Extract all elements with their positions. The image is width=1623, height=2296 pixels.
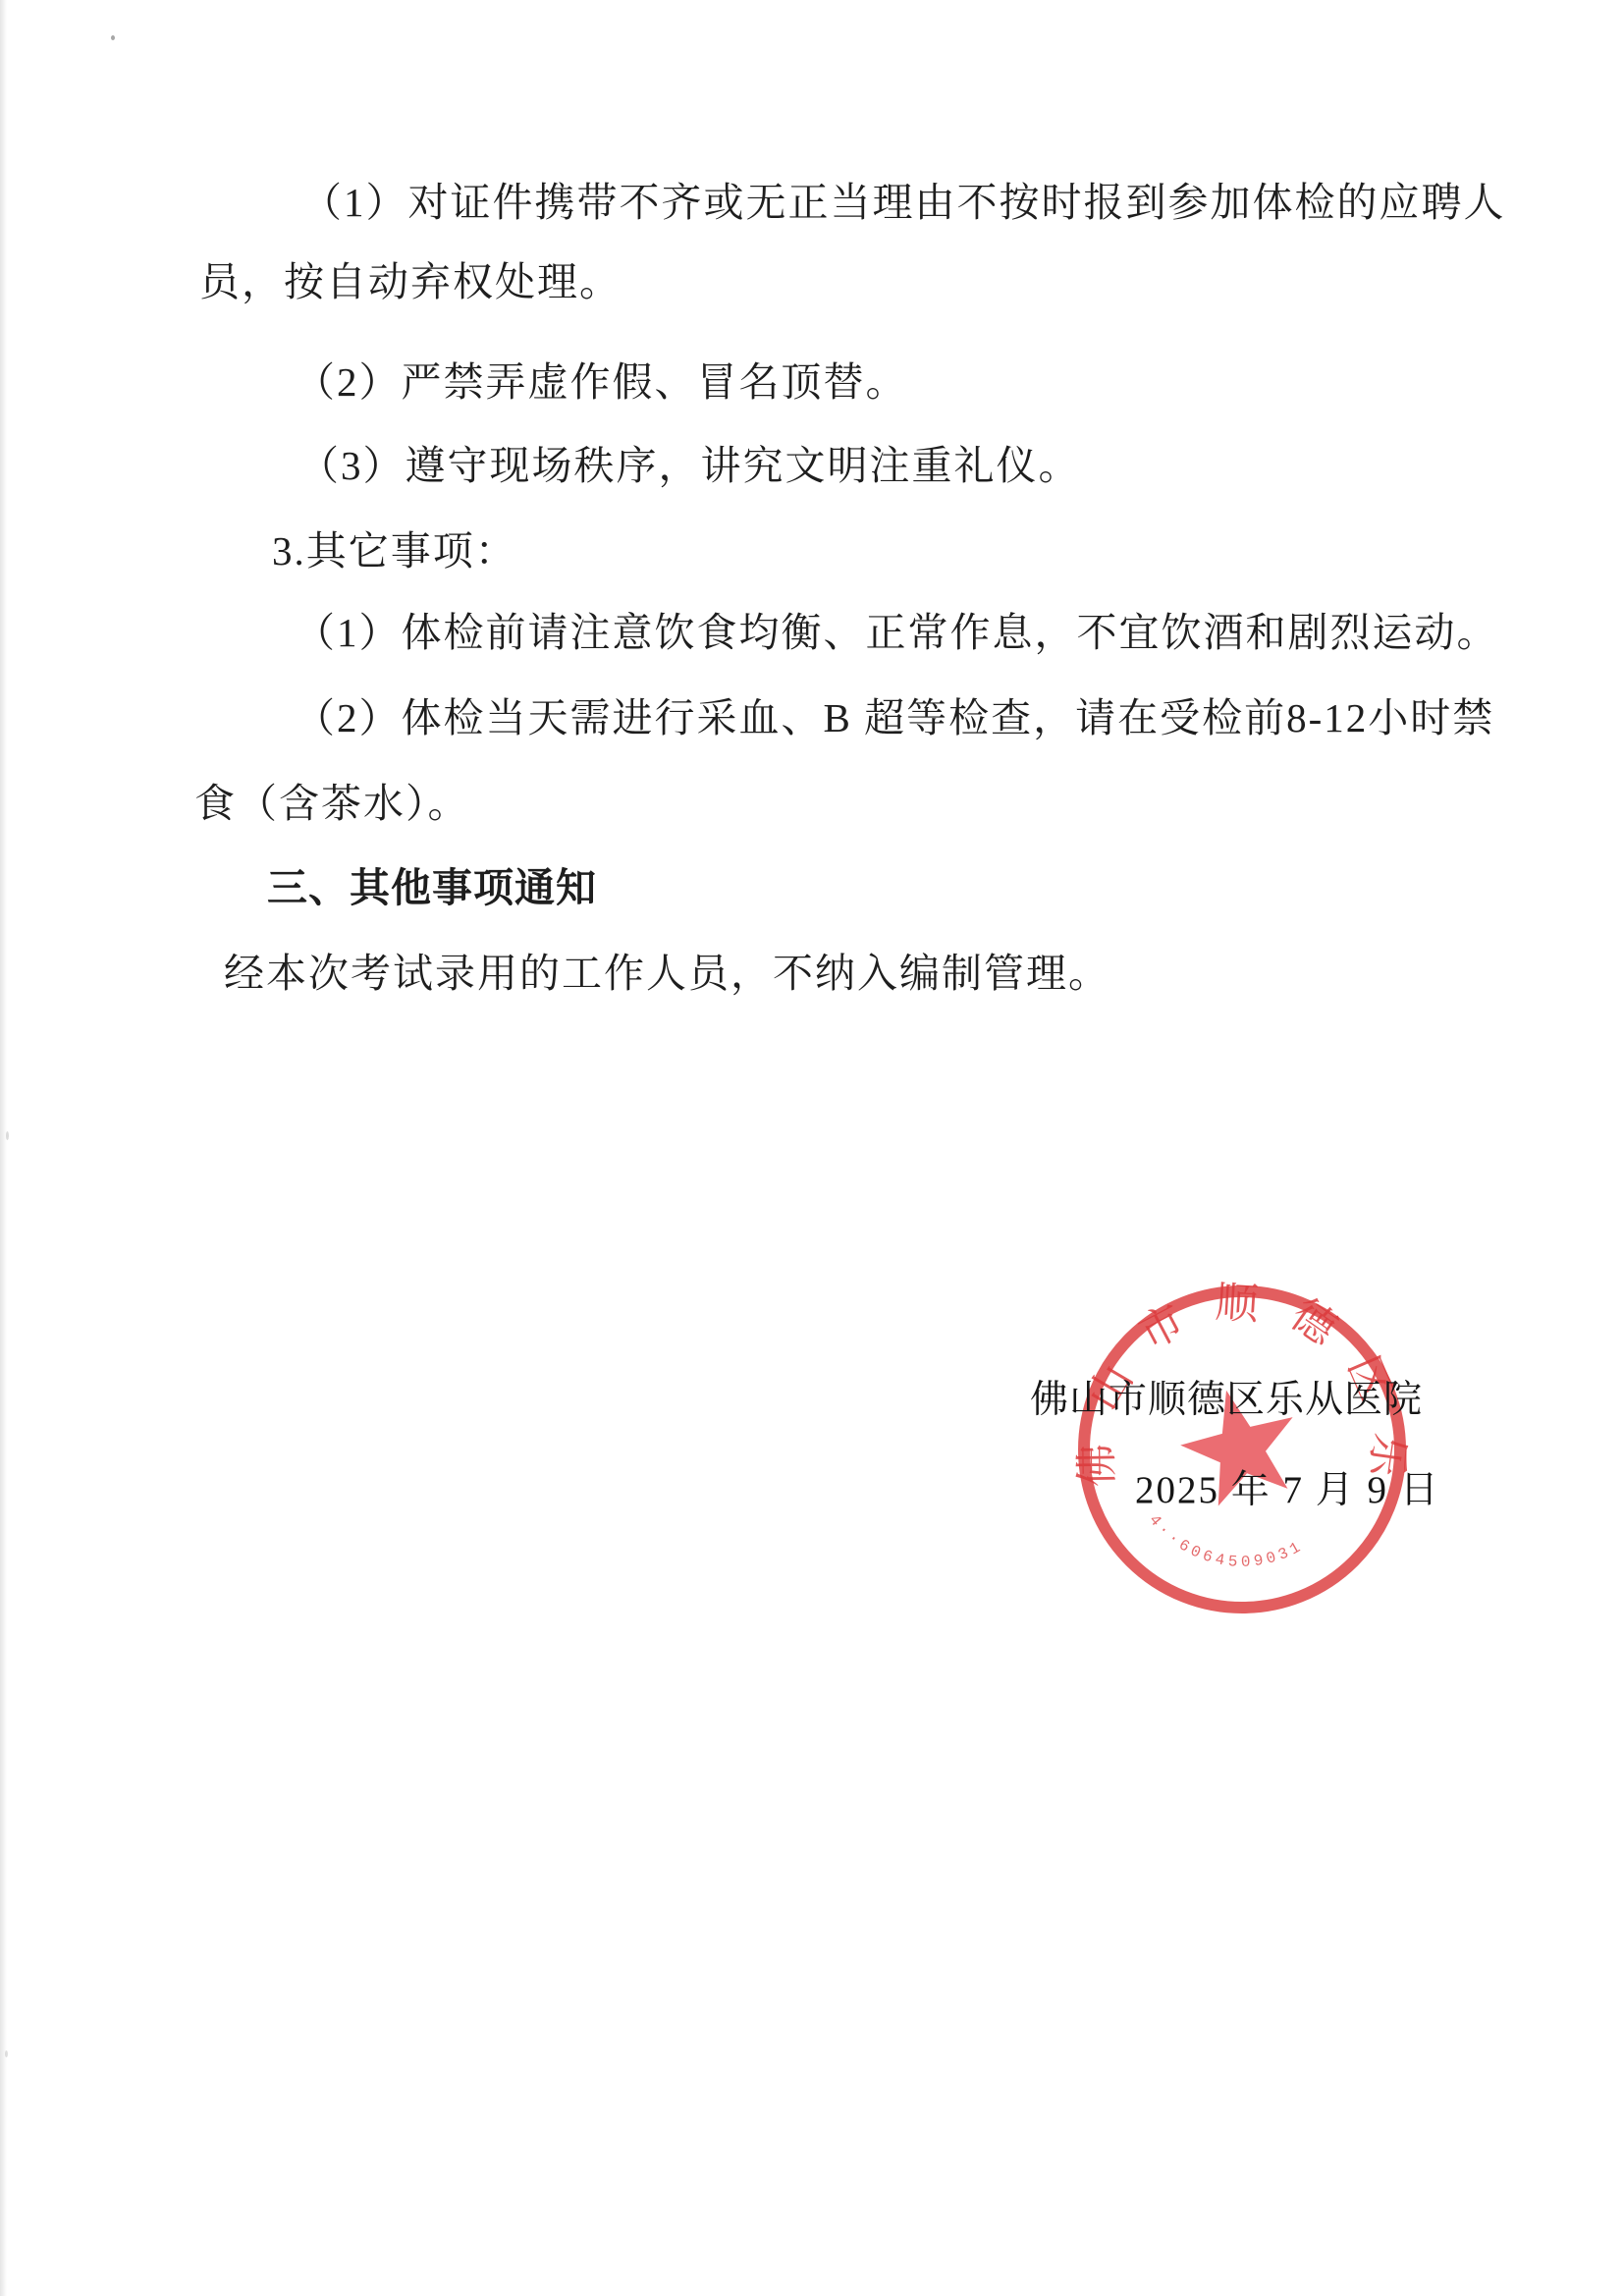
seal-code: 4··6064509031: [1145, 1511, 1307, 1571]
heading-section-3: 三、其他事项通知: [267, 868, 597, 908]
seal-code-wrap: 4··6064509031: [1145, 1511, 1307, 1571]
signature-organization: 佛山市顺德区乐从医院: [1030, 1381, 1423, 1419]
scan-speck: [111, 35, 115, 40]
signature-date: 2025 年 7 月 9 日: [1135, 1471, 1440, 1509]
paragraph-3: （3）遵守现场秩序，讲究文明注重礼仪。: [298, 446, 1081, 486]
paragraph-1-line-1: （1）对证件携带不齐或无正当理由不按时报到参加体检的应聘人: [301, 183, 1506, 223]
paragraph-1-line-2: 员，按自动弃权处理。: [199, 262, 622, 302]
item-2-line-1: （2）体检当天需进行采血、B 超等检查，请在受检前8-12小时禁: [295, 698, 1494, 738]
paragraph-2: （2）严禁弄虚作假、冒名顶替。: [295, 362, 908, 403]
scan-speck: [5, 2050, 8, 2057]
closing-paragraph: 经本次考试录用的工作人员，不纳入编制管理。: [224, 954, 1110, 994]
item-1: （1）体检前请注意饮食均衡、正常作息，不宜饮酒和剧烈运动。: [295, 613, 1499, 653]
scan-edge-artifact: [0, 0, 7, 2296]
section-3-label: 3.其它事项：: [272, 531, 517, 572]
scanned-notice-page: （1）对证件携带不齐或无正当理由不按时报到参加体检的应聘人 员，按自动弃权处理。…: [0, 0, 1623, 2296]
scan-speck: [6, 1131, 9, 1140]
seal-graphic: 佛山市顺德区乐从医院 4··6064509031: [1074, 1281, 1410, 1616]
item-2-line-2: 食（含茶水）。: [194, 784, 470, 824]
official-seal-stamp: 佛山市顺德区乐从医院 4··6064509031: [1074, 1281, 1410, 1616]
